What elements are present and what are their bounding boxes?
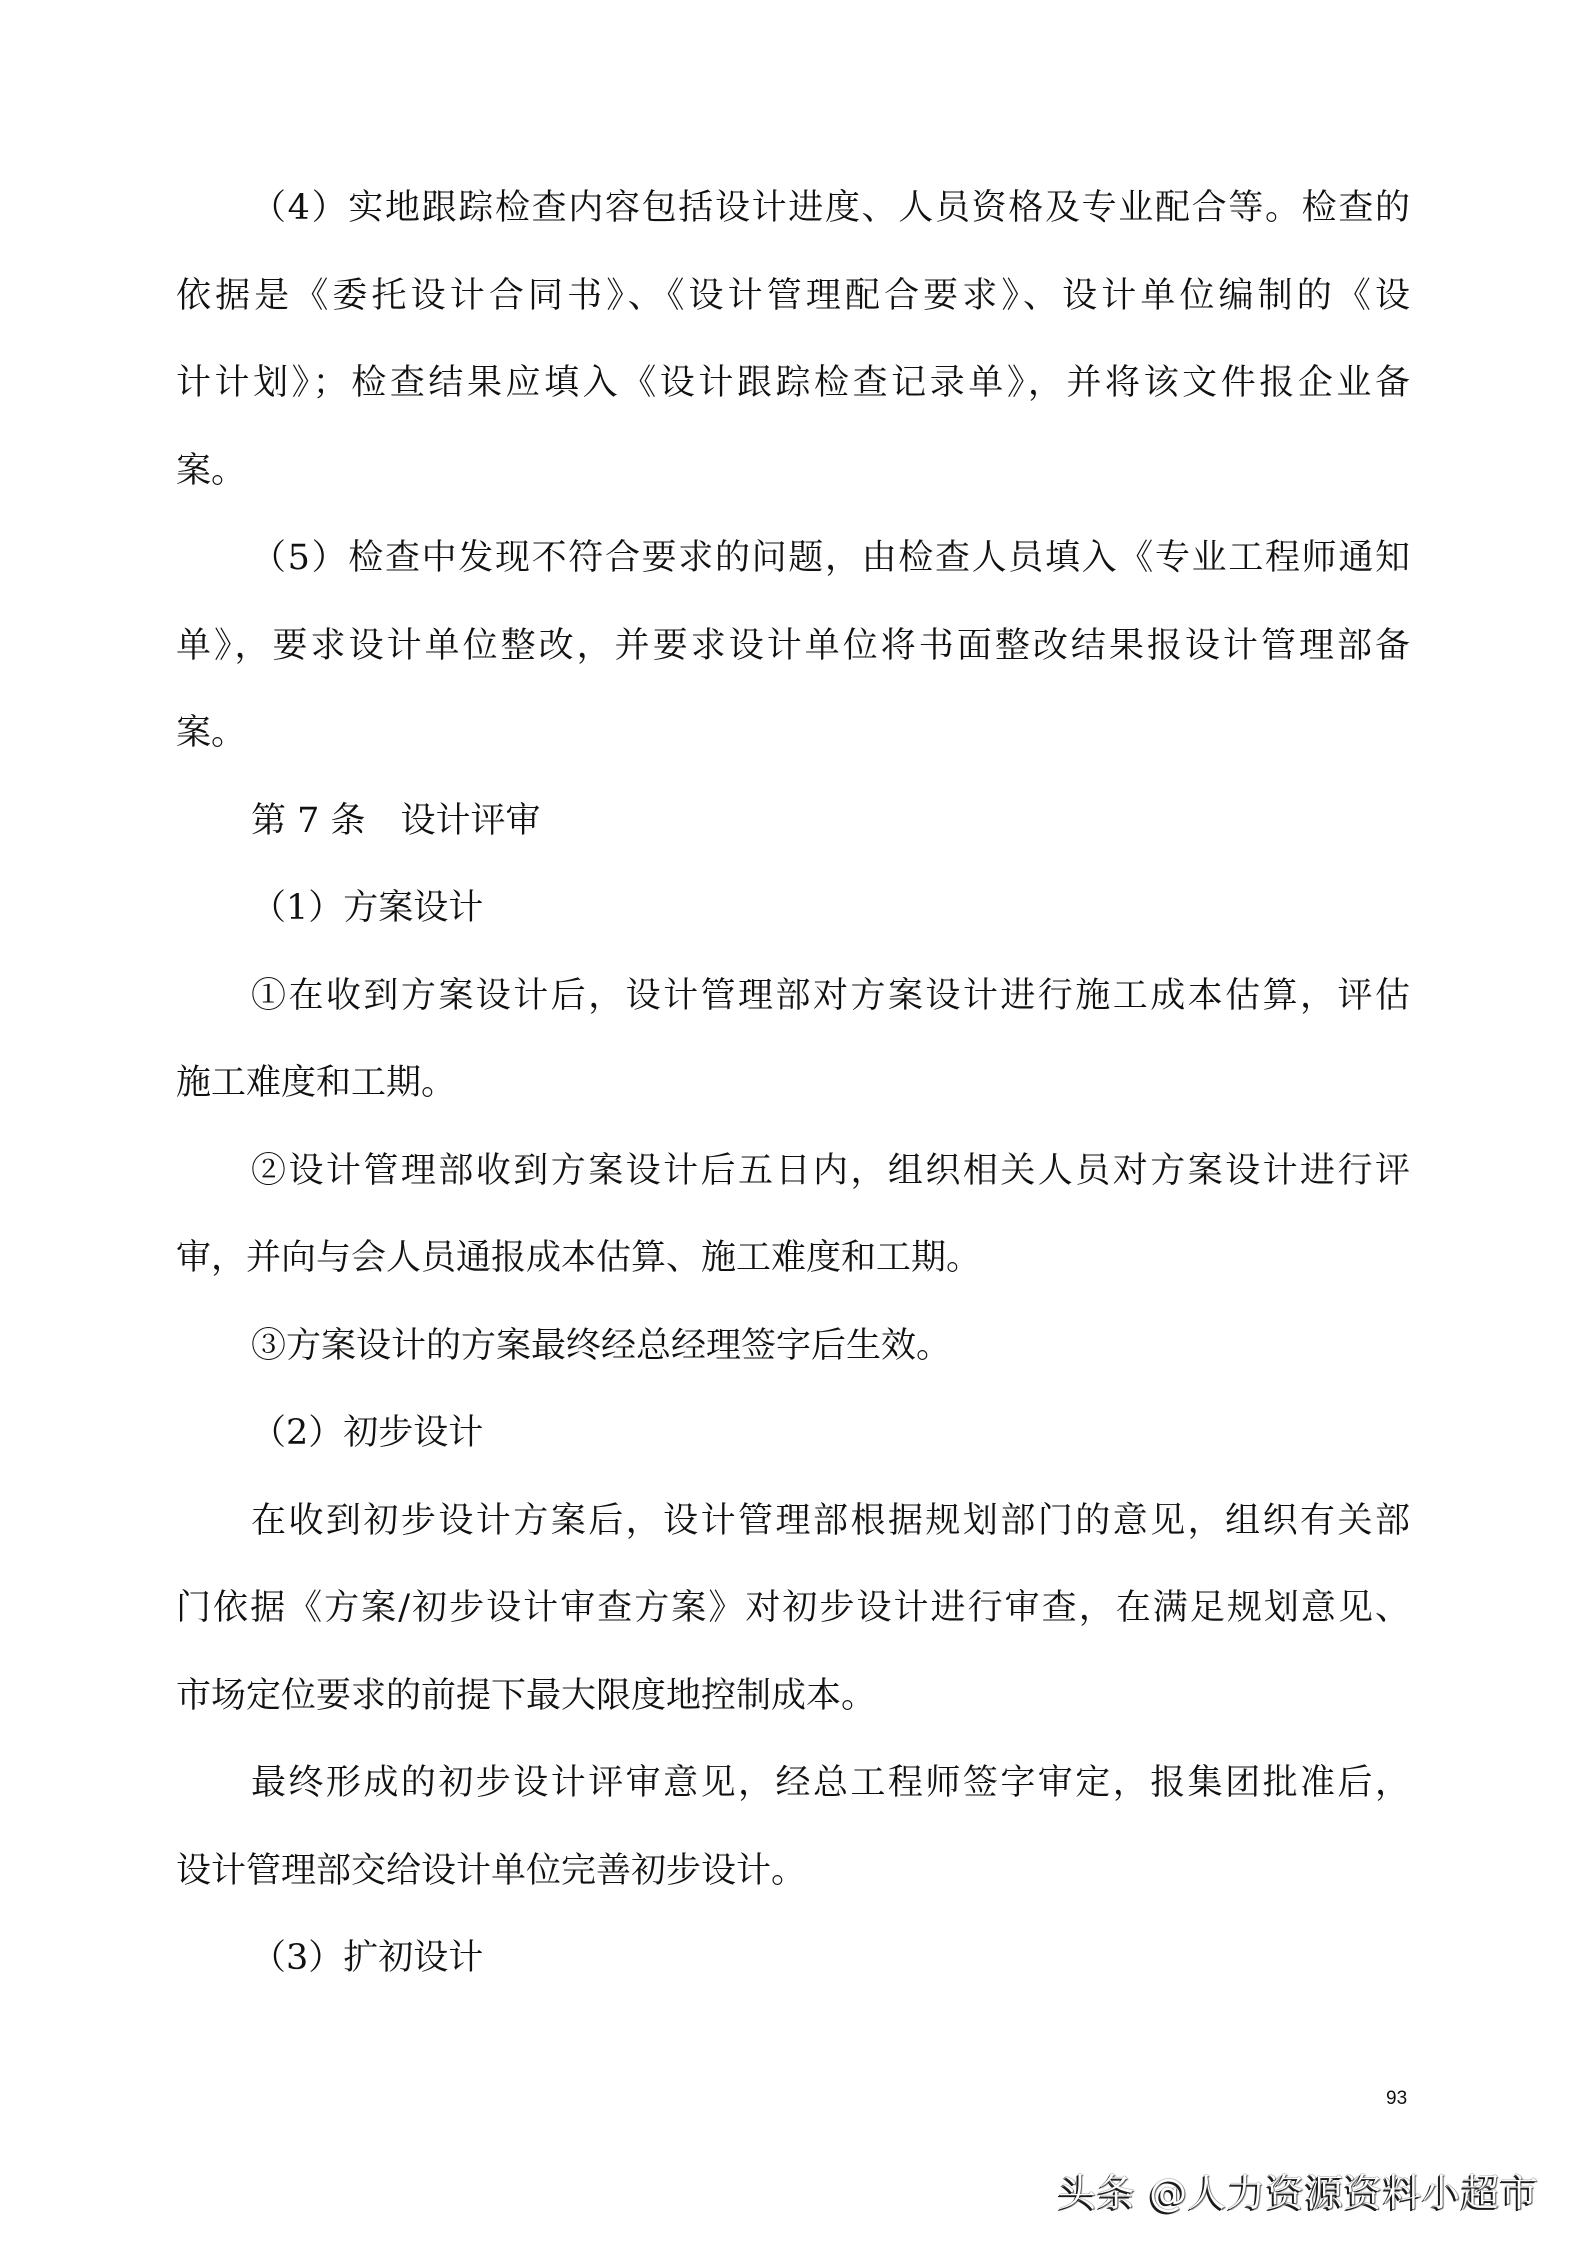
paragraph-4-line-3: 计计划》；检查结果应填入《设计跟踪检查记录单》，并将该文件报企业备 — [176, 340, 1410, 428]
item-2-line-1: ②设计管理部收到方案设计后五日内，组织相关人员对方案设计进行评 — [176, 1128, 1410, 1216]
page-number: 93 — [1386, 2088, 1407, 2110]
document-page: （4）实地跟踪检查内容包括设计进度、人员资格及专业配合等。检查的 依据是《委托设… — [0, 0, 1587, 2245]
paragraph-4-line-2: 依据是《委托设计合同书》、《设计管理配合要求》、设计单位编制的《设 — [176, 253, 1410, 341]
item-3-line-1: ③方案设计的方案最终经总经理签字后生效。 — [176, 1303, 1410, 1391]
paragraph-4-line-1: （4）实地跟踪检查内容包括设计进度、人员资格及专业配合等。检查的 — [176, 165, 1410, 253]
preliminary-para-2-line-1: 最终形成的初步设计评审意见，经总工程师签字审定，报集团批准后， — [176, 1740, 1410, 1828]
body-text: （4）实地跟踪检查内容包括设计进度、人员资格及专业配合等。检查的 依据是《委托设… — [176, 165, 1410, 2003]
section-3-heading: （3）扩初设计 — [176, 1915, 1410, 2003]
paragraph-5-line-2: 单》，要求设计单位整改，并要求设计单位将书面整改结果报设计管理部备 — [176, 603, 1410, 691]
preliminary-para-1-line-1: 在收到初步设计方案后，设计管理部根据规划部门的意见，组织有关部 — [176, 1478, 1410, 1566]
watermark: 头条 @人力资源资料小超市 — [1058, 2162, 1539, 2217]
section-1-heading: （1）方案设计 — [176, 865, 1410, 953]
preliminary-para-1-line-3: 市场定位要求的前提下最大限度地控制成本。 — [176, 1653, 1410, 1741]
paragraph-4-line-4: 案。 — [176, 428, 1410, 516]
item-1-line-1: ①在收到方案设计后，设计管理部对方案设计进行施工成本估算，评估 — [176, 953, 1410, 1041]
article-7-heading: 第 7 条 设计评审 — [176, 778, 1410, 866]
section-2-heading: （2）初步设计 — [176, 1390, 1410, 1478]
paragraph-5-line-1: （5）检查中发现不符合要求的问题，由检查人员填入《专业工程师通知 — [176, 515, 1410, 603]
item-2-line-2: 审，并向与会人员通报成本估算、施工难度和工期。 — [176, 1215, 1410, 1303]
paragraph-5-line-3: 案。 — [176, 690, 1410, 778]
preliminary-para-1-line-2: 门依据《方案/初步设计审查方案》对初步设计进行审查，在满足规划意见、 — [176, 1565, 1410, 1653]
preliminary-para-2-line-2: 设计管理部交给设计单位完善初步设计。 — [176, 1828, 1410, 1916]
item-1-line-2: 施工难度和工期。 — [176, 1040, 1410, 1128]
